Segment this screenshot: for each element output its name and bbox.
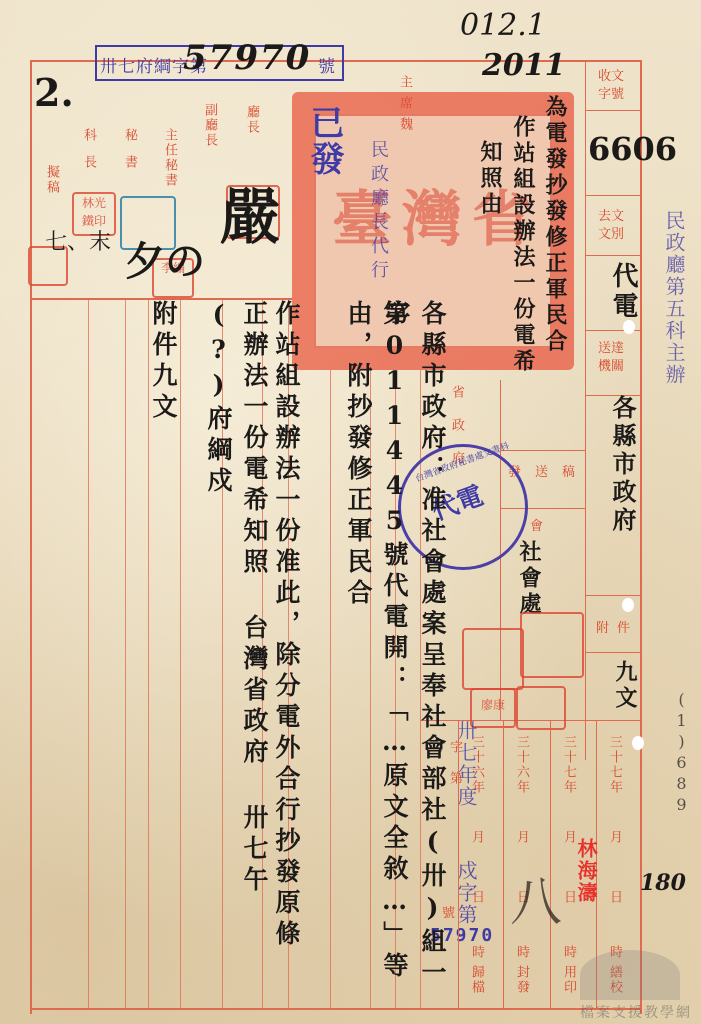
month-label: 月: [470, 830, 483, 845]
label-chief-secretary: 主任秘書: [163, 128, 176, 188]
cell-line: [585, 195, 642, 196]
month-label: 月: [515, 830, 528, 845]
top-handwritten-code-2: 2011: [482, 48, 566, 83]
year-label: 三十六年: [470, 735, 483, 795]
top-handwritten-code-1: 012.1: [460, 8, 546, 43]
hour-label: 時: [515, 945, 528, 960]
hour-label: 時: [562, 945, 575, 960]
day-label: 日: [470, 890, 483, 905]
year-label: 三十七年: [562, 735, 575, 795]
label-text: 送達: [598, 341, 624, 356]
label-text: 機關: [598, 359, 624, 374]
recipient-value: 各縣市政府: [605, 395, 640, 535]
label-director: 廳長: [245, 105, 258, 135]
drafter-signature: 七、末: [45, 225, 111, 256]
outgoing-type-value: 代電: [605, 262, 642, 322]
action-label: 用印: [562, 965, 575, 995]
label-chairman: 主席魏: [398, 75, 411, 138]
label-section-chief: 科長: [82, 128, 95, 182]
cell-line: [585, 110, 642, 111]
document-number-suffix: 號: [318, 52, 335, 77]
side-note: (1)689: [672, 690, 691, 816]
meeting-seal-1: [462, 628, 524, 690]
seal-user-stamp: 林海濤: [572, 838, 601, 904]
label-text: 收文: [598, 69, 624, 84]
label-secretary: 秘書: [123, 128, 136, 182]
label-meeting: 會: [530, 520, 543, 533]
body-column: 正辦法一份電希知照 台灣省政府 卅七午(?)府綱戍: [200, 300, 272, 1000]
action-label: 歸檔: [470, 965, 483, 995]
punch-hole: [632, 736, 644, 750]
attachment-value: 九文: [610, 660, 641, 712]
meeting-unit: 社會處: [514, 540, 545, 618]
subject-column-3: 知照由: [475, 140, 506, 218]
cell-line: [585, 595, 642, 596]
subject-column-2: 作站組設辦法一份電希: [508, 115, 539, 375]
secretary-signature: 夕の: [125, 230, 205, 287]
frame-bottom-line: [30, 1008, 642, 1010]
corner-mark: 2.: [34, 70, 74, 115]
body-column: 附件九文: [145, 300, 181, 424]
punch-hole: [622, 598, 634, 612]
cell-line: [585, 652, 642, 653]
punch-hole: [623, 320, 635, 334]
watermark-text: 檔案支援教學網: [580, 1002, 692, 1022]
label-received-no: 收文 字號: [598, 68, 624, 104]
issue-row-line: [500, 450, 586, 451]
column-rule: [125, 300, 126, 1008]
cell-line: [585, 255, 642, 256]
frame-left-line: [30, 60, 32, 1014]
day-label: 日: [608, 890, 621, 905]
month-label: 月: [608, 830, 621, 845]
acting-director-stamp: 民政廳長代行: [365, 140, 391, 284]
column-rule: [330, 370, 331, 1008]
label-outgoing-type: 去文 文別: [598, 208, 624, 244]
label-text: 字號: [598, 87, 624, 102]
document-number-handwritten: 57970: [183, 38, 311, 78]
watermark-logo: [580, 950, 680, 1000]
date-column-rule: [458, 720, 459, 1008]
year-label: 三十六年: [515, 735, 528, 795]
date-stamp-number: 180: [640, 870, 686, 896]
label-deputy-director: 副廳長: [203, 103, 216, 148]
sent-stamp: 已發: [300, 105, 349, 177]
hour-label: 時: [470, 945, 483, 960]
director-approval-sign: 嚴: [220, 170, 284, 256]
label-drafter: 擬稿: [45, 165, 58, 195]
seal-glyph: 灣: [402, 172, 462, 258]
subject-column-1: 為電發抄發修正軍民合: [540, 95, 571, 355]
body-column: 第011445號代電開：「…原文全敘…」等由，附抄發修正軍民合: [340, 300, 412, 1000]
label-attachment: 附件: [596, 622, 638, 635]
label-recipient: 送達 機關: [598, 340, 624, 376]
label-text: 文別: [598, 227, 624, 242]
action-label: 封發: [515, 965, 528, 995]
meeting-seal-2: [520, 612, 584, 678]
meeting-seal-4: [516, 686, 566, 730]
seal-text: 廖康: [481, 698, 505, 712]
right-column-divider: [585, 60, 586, 760]
seal-text: 林光: [82, 196, 106, 210]
handwritten-day: 八: [510, 860, 562, 935]
date-column-rule: [503, 720, 504, 1008]
received-no-value: 6606: [588, 130, 677, 168]
label-text: 去文: [598, 209, 624, 224]
year-label: 三十七年: [608, 735, 621, 795]
section-stamp: 民政廳第五科主辦: [660, 210, 689, 386]
column-rule: [88, 300, 89, 1008]
body-column: 作站組設辦法一份准此，除分電外合行抄發原條: [268, 300, 304, 951]
